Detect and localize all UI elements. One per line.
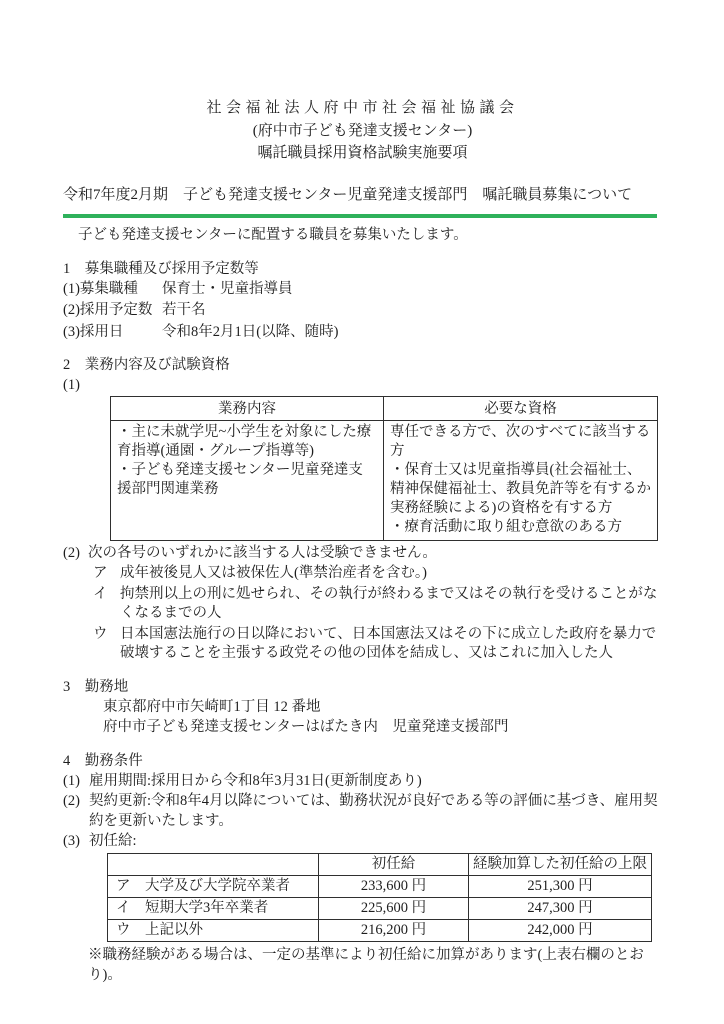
salary-max-amount: 247,300 円	[469, 897, 652, 919]
salary-amount: 225,600 円	[319, 897, 469, 919]
item-text: 日本国憲法施行の日以降において、日本国憲法又はその下に成立した政府を暴力で破壊す…	[120, 625, 662, 664]
salary-amount: 216,200 円	[319, 919, 469, 941]
duty-line: ・主に未就学児~小学生を対象にした療育指導(通園・グループ指導等)	[117, 423, 377, 461]
item-text: 初任給:	[89, 831, 662, 851]
disqualification-item: ア 成年被後見人又は被保佐人(準禁治産者を含む。)	[93, 563, 662, 584]
item-marker: ウ	[93, 625, 120, 664]
item-text: 成年被後見人又は被保佐人(準禁治産者を含む。)	[120, 564, 662, 584]
address-line: 府中市子ども発達支援センターはばたき内 児童発達支援部門	[63, 717, 662, 737]
section-4-heading: 4 勤務条件	[63, 751, 662, 771]
salary-empty-header	[108, 853, 319, 875]
salary-max-amount: 242,000 円	[469, 919, 652, 941]
qualification-line: ・保育士又は児童指導員(社会福祉士、精神保健福祉士、教員免許等を有するか実務経験…	[390, 461, 651, 518]
planned-hires-label: (2)採用予定数	[63, 300, 162, 322]
qualifications-cell: 専任できる方で、次のすべてに該当する方 ・保育士又は児童指導員(社会福祉士、精神…	[384, 421, 658, 541]
section-2-sub1-marker: (1)	[63, 375, 662, 395]
table-header-row: 業務内容 必要な資格	[111, 397, 658, 421]
recruit-type-row: (1)募集職種 保育士・児童指導員	[63, 279, 662, 301]
qualification-line: ・療育活動に取り組む意欲のある方	[390, 518, 651, 537]
duties-column-header: 業務内容	[111, 397, 384, 421]
document-page: 社会福祉法人府中市社会福祉協議会 (府中市子ども発達支援センター) 嘱託職員採用…	[0, 0, 724, 1024]
section-1-heading: 1 募集職種及び採用予定数等	[63, 259, 662, 279]
section-2-heading: 2 業務内容及び試験資格	[63, 355, 662, 375]
salary-max-amount: 251,300 円	[469, 875, 652, 897]
salary-row-label: ウ 上記以外	[108, 919, 319, 941]
salary-amount: 233,600 円	[319, 875, 469, 897]
doc-title: 嘱託職員採用資格試験実施要項	[63, 142, 662, 165]
salary-row: ウ 上記以外 216,200 円 242,000 円	[108, 919, 652, 941]
salary-note: ※職務経験がある場合は、一定の基準により初任給に加算があります(上表右欄のとおり…	[63, 945, 662, 985]
disqualification-item: イ 拘禁刑以上の刑に処せられ、その執行が終わるまで又はその執行を受けることがなく…	[93, 584, 662, 624]
ineligibility-text: 次の各号のいずれかに該当する人は受験できません。	[88, 543, 437, 563]
recruit-type-value: 保育士・児童指導員	[162, 279, 293, 301]
employment-period-row: (1) 雇用期間:採用日から令和8年3月31日(更新制度あり)	[63, 771, 662, 791]
starting-salary-row: (3) 初任給:	[63, 831, 662, 851]
table-body-row: ・主に未就学児~小学生を対象にした療育指導(通園・グループ指導等) ・子ども発達…	[111, 421, 658, 541]
salary-row-label: イ 短期大学3年卒業者	[108, 897, 319, 919]
hire-date-value: 令和8年2月1日(以降、随時)	[162, 322, 338, 344]
item-marker: イ	[93, 585, 120, 624]
salary-row: イ 短期大学3年卒業者 225,600 円 247,300 円	[108, 897, 652, 919]
duties-cell: ・主に未就学児~小学生を対象にした療育指導(通園・グループ指導等) ・子ども発達…	[111, 421, 384, 541]
item-marker: ア	[93, 564, 120, 584]
notice-title: 令和7年度2月期 子ども発達支援センター児童発達支援部門 嘱託職員募集について	[63, 185, 662, 205]
address-line: 東京都府中市矢崎町1丁目 12 番地	[63, 697, 662, 717]
hire-date-label: (3)採用日	[63, 322, 162, 344]
section-duties-eligibility: 2 業務内容及び試験資格 (1) 業務内容 必要な資格 ・主に未就学児~小学生を…	[63, 355, 662, 664]
duties-qualifications-table: 業務内容 必要な資格 ・主に未就学児~小学生を対象にした療育指導(通園・グループ…	[110, 396, 658, 541]
max-salary-header: 経験加算した初任給の上限	[469, 853, 652, 875]
item-marker: (2)	[63, 791, 89, 831]
salary-row-label: ア 大学及び大学院卒業者	[108, 875, 319, 897]
planned-hires-row: (2)採用予定数 若干名	[63, 300, 662, 322]
accent-rule	[63, 214, 657, 218]
section-recruitment: 1 募集職種及び採用予定数等 (1)募集職種 保育士・児童指導員 (2)採用予定…	[63, 259, 662, 344]
starting-salary-header: 初任給	[319, 853, 469, 875]
section-work-location: 3 勤務地 東京都府中市矢崎町1丁目 12 番地 府中市子ども発達支援センターは…	[63, 677, 662, 737]
salary-row: ア 大学及び大学院卒業者 233,600 円 251,300 円	[108, 875, 652, 897]
ineligibility-intro: (2) 次の各号のいずれかに該当する人は受験できません。	[63, 543, 662, 563]
item-text: 雇用期間:採用日から令和8年3月31日(更新制度あり)	[89, 771, 662, 791]
item-text: 契約更新:令和8年4月以降については、勤務状況が良好である等の評価に基づき、雇用…	[89, 791, 662, 831]
disqualification-item: ウ 日本国憲法施行の日以降において、日本国憲法又はその下に成立した政府を暴力で破…	[93, 624, 662, 664]
document-content: 社会福祉法人府中市社会福祉協議会 (府中市子ども発達支援センター) 嘱託職員採用…	[0, 0, 724, 985]
planned-hires-value: 若干名	[162, 300, 206, 322]
item-marker: (3)	[63, 831, 89, 851]
center-name: (府中市子ども発達支援センター)	[63, 120, 662, 143]
salary-table: 初任給 経験加算した初任給の上限 ア 大学及び大学院卒業者 233,600 円 …	[107, 853, 652, 942]
recruit-type-label: (1)募集職種	[63, 279, 162, 301]
contract-renewal-row: (2) 契約更新:令和8年4月以降については、勤務状況が良好である等の評価に基づ…	[63, 791, 662, 831]
section-3-heading: 3 勤務地	[63, 677, 662, 697]
hire-date-row: (3)採用日 令和8年2月1日(以降、随時)	[63, 322, 662, 344]
document-header: 社会福祉法人府中市社会福祉協議会 (府中市子ども発達支援センター) 嘱託職員採用…	[63, 97, 662, 165]
salary-header-row: 初任給 経験加算した初任給の上限	[108, 853, 652, 875]
duty-line: ・子ども発達支援センター児童発達支援部門関連業務	[117, 461, 377, 499]
qualifications-column-header: 必要な資格	[384, 397, 658, 421]
qualification-line: 専任できる方で、次のすべてに該当する方	[390, 423, 651, 461]
org-name: 社会福祉法人府中市社会福祉協議会	[63, 97, 662, 120]
item-marker: (1)	[63, 771, 89, 791]
intro-text: 子ども発達支援センターに配置する職員を募集いたします。	[63, 225, 662, 245]
item-text: 拘禁刑以上の刑に処せられ、その執行が終わるまで又はその執行を受けることがなくなる…	[120, 585, 662, 624]
disqualification-list: ア 成年被後見人又は被保佐人(準禁治産者を含む。) イ 拘禁刑以上の刑に処せられ…	[63, 563, 662, 664]
section-work-conditions: 4 勤務条件 (1) 雇用期間:採用日から令和8年3月31日(更新制度あり) (…	[63, 751, 662, 985]
ineligibility-marker: (2)	[63, 543, 88, 563]
